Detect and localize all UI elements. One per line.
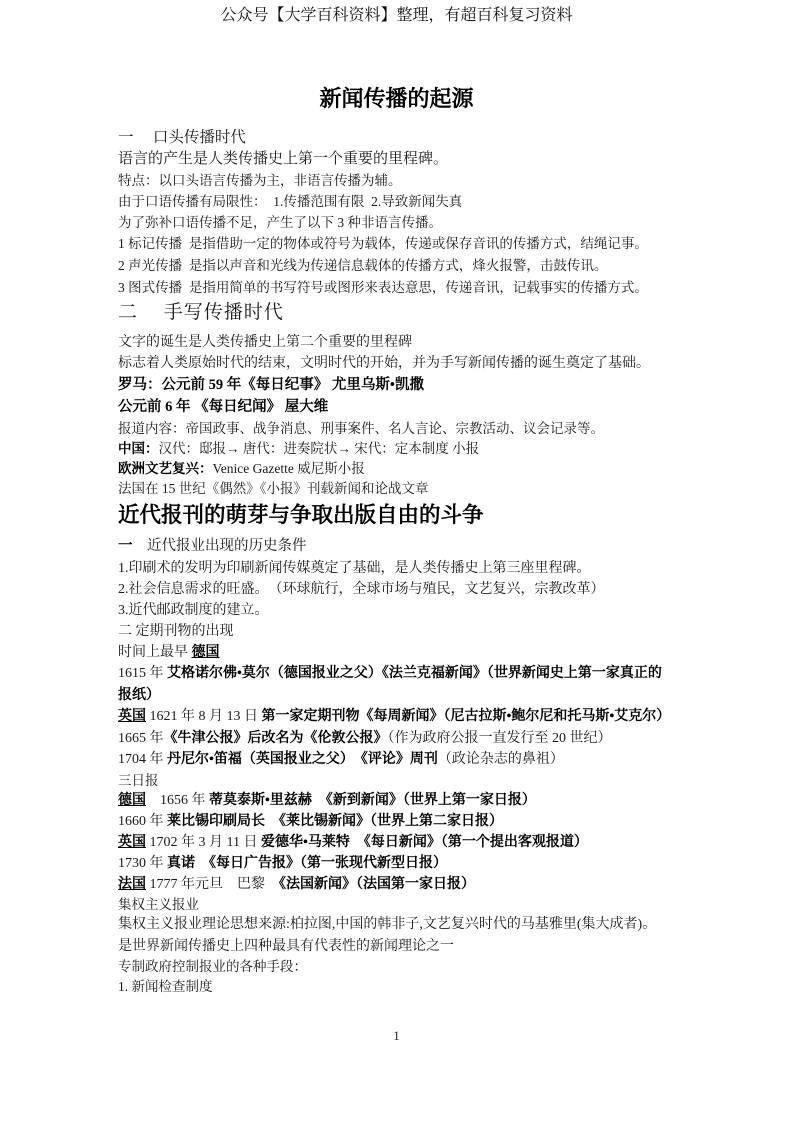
subheading-text: 近代报业出现的历史条件 (133, 538, 307, 554)
entry-year: 1615 年 (118, 666, 167, 681)
line-four-theories: 是世界新闻传播史上四种最具有代表性的新闻理论之一 (118, 936, 703, 957)
line-rome-octavian: 公元前 6 年 《每日纪闻》 屋大维 (118, 396, 703, 418)
entry-country: 法国 (118, 877, 146, 892)
timeline-entry-1730: 1730 年 真诺 《每日广告报》（第一张现代新型日报） (118, 853, 703, 874)
line-nonverbal-intro: 为了弥补口语传播不足，产生了以下 3 种非语言传播。 (118, 212, 703, 233)
subheading-historical-conditions: 一 近代报业出现的历史条件 (118, 535, 703, 558)
document-page: 公众号【大学百科资料】整理，有超百科复习资料 新闻传播的起源 一 口头传播时代 … (0, 0, 793, 1122)
timeline-entry-de-1656: 德国 1656 年 蒂莫泰斯•里兹赫 《新到新闻》（世界上第一家日报） (118, 790, 703, 811)
entry-year: 1660 年 (118, 814, 167, 829)
china-label: 中国： (118, 441, 159, 456)
line-europe-renaissance: 欧洲文艺复兴：Venice Gazette 威尼斯小报 (118, 459, 703, 479)
line-government-control-means: 专制政府控制报业的各种手段： (118, 957, 703, 977)
line-oral-features: 特点：以口头语言传播为主，非语言传播为辅。 (118, 170, 703, 191)
line-china-gazettes: 中国：汉代：邸报→ 唐代：进奏院状→ 宋代：定本制度 小报 (118, 439, 703, 459)
timeline-entry-1615-wrap: 报纸） (118, 685, 703, 707)
europe-text: Venice Gazette 威尼斯小报 (213, 461, 365, 476)
timeline-entry-1660: 1660 年 莱比锡印刷局长 《莱比锡新闻》（世界上第二家日报） (118, 811, 703, 832)
entry-note: （政论杂志的鼻祖） (438, 752, 564, 767)
section-heading-modern-press: 近代报刊的萌芽与争取出版自由的斗争 (118, 499, 703, 531)
line-rome-acta-diurna: 罗马：公元前 59 年《每日纪事》 尤里乌斯•凯撒 (118, 374, 703, 396)
timeline-entry-uk-1702: 英国 1702 年 3 月 11 日 爱德华•马莱特 《每日新闻》（第一个提出客… (118, 832, 703, 853)
list-item-graphic-communication: 3 图式传播 是指用简单的书写符号或图形来表达意思，传递音讯，记载事实的传播方式… (118, 277, 703, 299)
line-condition-printing: 1.印刷术的发明为印刷新闻传媒奠定了基础，是人类传播史上第三座里程碑。 (118, 558, 703, 579)
entry-detail: 丹尼尔•笛福（英国报业之父） 《评论》周刊 (167, 752, 438, 767)
entry-detail: 真诺 《每日广告报》（第一张现代新型日报） (167, 856, 447, 871)
subheading-number: 一 (118, 538, 133, 554)
line-condition-information-demand: 2.社会信息需求的旺盛。 （环球航行，全球市场与殖民，文艺复兴，宗教改革） (118, 579, 703, 600)
line-authoritarian-press: 集权主义报业 (118, 895, 703, 914)
line-writing-milestone: 文字的诞生是人类传播史上第二个重要的里程碑 (118, 332, 703, 353)
entry-detail: 爱德华•马莱特 《每日新闻》（第一个提出客观报道） (261, 835, 588, 850)
page-title: 新闻传播的起源 (0, 84, 793, 114)
entry-date: 1702 年 3 月 11 日 (146, 835, 261, 850)
list-item-sound-light-communication: 2 声光传播 是指以声音和光线为传递信息载体的传播方式，烽火报警，击鼓传讯。 (118, 255, 703, 277)
line-oral-limits: 由于口语传播有局限性： 1.传播范围有限 2.导致新闻失真 (118, 191, 703, 212)
line-report-content: 报道内容：帝国政事、战争消息、刑事案件、名人言论、宗教活动、议会记录等。 (118, 418, 703, 439)
entry-detail: 第一家定期刊物《每周新闻》（尼古拉斯•鲍尔尼和托马斯•艾克尔） (262, 709, 671, 724)
line-writing-significance: 标志着人类原始时代的结束，文明时代的开始，并为手写新闻传播的诞生奠定了基础。 (118, 353, 703, 374)
entry-date: 1621 年 8 月 13 日 (146, 709, 262, 724)
timeline-entry-1704: 1704 年 丹尼尔•笛福（英国报业之父） 《评论》周刊（政论杂志的鼻祖） (118, 749, 703, 771)
section-heading-oral-era: 一 口头传播时代 (118, 127, 703, 149)
line-authoritarian-theory-sources: 集权主义报业理论思想来源:柏拉图,中国的韩非子,文艺复兴时代的马基雅里(集大成者… (118, 914, 703, 936)
entry-country: 德国 (118, 793, 146, 808)
entry-detail: 《牛津公报》后改名为《伦敦公报》 (164, 731, 388, 746)
entry-detail: 莱比锡印刷局长 《莱比锡新闻》（世界上第二家日报） (167, 814, 503, 829)
subheading-periodicals: 二 定期刊物的出现 (118, 621, 703, 642)
europe-label: 欧洲文艺复兴： (118, 461, 213, 476)
timeline-entry-uk-1621: 英国 1621 年 8 月 13 日 第一家定期刊物《每周新闻》（尼古拉斯•鲍尔… (118, 706, 703, 728)
list-item-mark-communication: 1 标记传播 是指借助一定的物体或符号为载体，传递或保存音讯的传播方式，结绳记事… (118, 233, 703, 255)
china-text: 汉代：邸报→ 唐代：进奏院状→ 宋代：定本制度 小报 (159, 441, 480, 456)
line-language-milestone: 语言的产生是人类传播史上第一个重要的里程碑。 (118, 149, 703, 170)
section-heading-handwriting-era: 二 手写传播时代 (118, 299, 703, 327)
entry-year: 1665 年 (118, 731, 164, 746)
timeline-entry-1665: 1665 年《牛津公报》后改名为《伦敦公报》（作为政府公报一直发行至 20 世纪… (118, 728, 703, 750)
entry-year: 1730 年 (118, 856, 167, 871)
earliest-prefix: 时间上最早 (118, 645, 192, 660)
doc-header-watermark: 公众号【大学百科资料】整理，有超百科复习资料 (0, 0, 793, 26)
entry-detail: 艾格诺尔佛•莫尔（德国报业之父）《法兰克福新闻》（世界新闻史上第一家真正的 (167, 666, 662, 681)
line-france-15th-century: 法国在 15 世纪《偶然》《小报》刊载新闻和论战文章 (118, 479, 703, 499)
timeline-entry-fr-1777: 法国 1777 年元旦 巴黎 《法国新闻》（法国第一家日报） (118, 874, 703, 895)
entry-year: 1704 年 (118, 752, 167, 767)
page-number: 1 (0, 1028, 793, 1044)
entry-detail: 蒂莫泰斯•里兹赫 《新到新闻》（世界上第一家日报） (209, 793, 536, 808)
entry-date: 1656 年 (146, 793, 209, 808)
entry-country: 英国 (118, 709, 146, 724)
line-earliest-country: 时间上最早 德国 (118, 642, 703, 663)
timeline-entry-1615: 1615 年 艾格诺尔佛•莫尔（德国报业之父）《法兰克福新闻》（世界新闻史上第一… (118, 663, 703, 685)
earliest-country-name: 德国 (192, 645, 220, 660)
entry-date: 1777 年元旦 巴黎 (146, 877, 279, 892)
doc-body: 一 口头传播时代 语言的产生是人类传播史上第一个重要的里程碑。 特点：以口头语言… (118, 127, 703, 997)
entry-detail: 《法国新闻》（法国第一家日报） (279, 877, 475, 892)
line-condition-postal-system: 3.近代邮政制度的建立。 (118, 600, 703, 621)
entry-country: 英国 (118, 835, 146, 850)
line-three-day-paper: 三日报 (118, 771, 703, 790)
entry-note: （作为政府公报一直发行至 20 世纪） (388, 731, 612, 746)
line-news-censorship: 1. 新闻检查制度 (118, 977, 703, 997)
